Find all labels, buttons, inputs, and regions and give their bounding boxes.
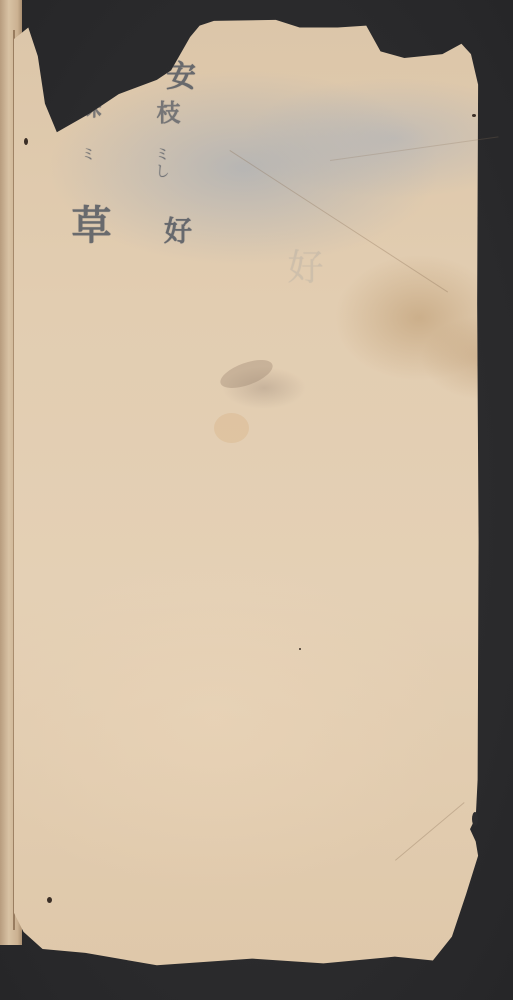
- paper-stain: [217, 354, 276, 393]
- title-kana-right: ミし: [154, 146, 169, 180]
- manuscript-cover-page: 安 枝 ミし 好 野 蛛 ミ 草 好: [14, 18, 490, 970]
- ink-speck: [47, 897, 52, 903]
- title-char-left-bottom: 草: [68, 204, 108, 244]
- title-char-right-bottom: 好: [162, 216, 190, 244]
- ink-speck: [472, 114, 476, 117]
- title-char-right-2: 枝: [154, 100, 178, 124]
- edge-tear: [472, 812, 478, 826]
- ink-speck: [299, 648, 301, 650]
- title-kana-left: ミ: [80, 146, 95, 163]
- bleed-through-ink: 好: [284, 248, 320, 284]
- ink-speck: [24, 138, 28, 145]
- paper-stain: [214, 413, 249, 443]
